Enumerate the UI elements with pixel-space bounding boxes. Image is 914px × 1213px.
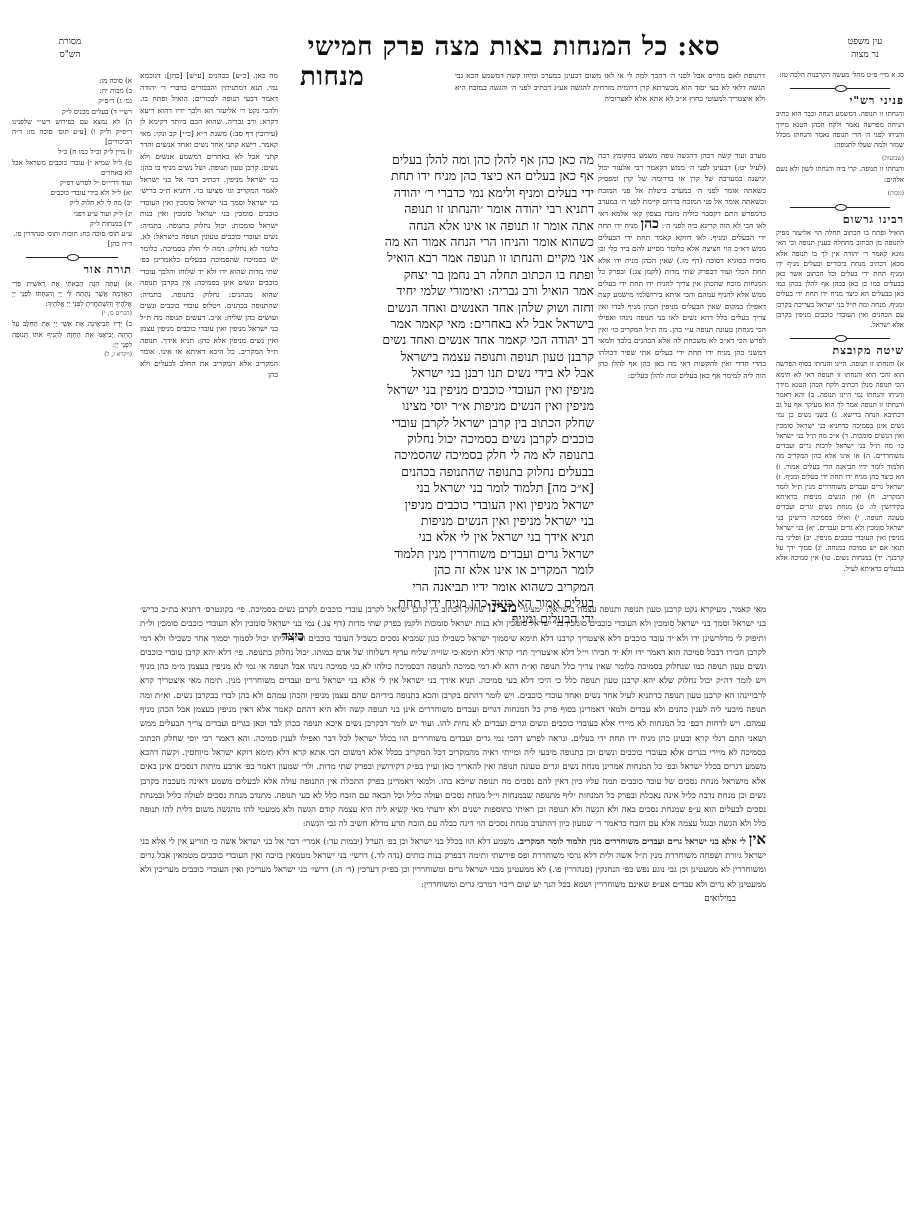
penei-rashi-ref: (שבועות) [776,154,904,164]
gemara-line: אני מקיים והנחתו זו תנופה אמר רבא הואיל [282,250,594,266]
gemara-line: קרבנן טעון תנופה ותנופה עצמה בישראל [282,349,594,365]
penei-rashi-title: פניני רש"י [776,96,904,106]
torah-or-title: תורה אור [12,265,132,275]
masoret-entry: רש״י ד) בעלים מכניס ל״ק [12,107,132,117]
tractate-name: מנחות [300,62,364,92]
gemara-line: בישראל אבל לא באחרים: מאי קאמר אמר [282,316,594,332]
masoret-entry: ט) ל״ל שמיא י) עובדי כוכבים משראל אבל לא… [12,158,132,178]
gemara-line: רב יהודה הכי קאמר אחד אנשים ואחד נשים [282,332,594,348]
bottom-commentary: מאי קאמר, מעיקרא נקט קרבנן טעון תנופה ות… [140,600,766,1120]
masoret-hashas-label: מסורת הש"ס [40,36,100,62]
gemara-line: ישראל גרים ועבדים משוחררין מנין תלמוד [282,546,594,562]
masoret-entry: ועוד דריי״ס ״ל לפרש דס״ק [12,178,132,188]
gemara-line: שחלק הכתוב בין קרבן ישראל לקרבן עובדי [282,415,594,431]
gemara-line: כוכבים לקרבן נשים בסמיכה יכול נחלוק [282,431,594,447]
ornament-divider [790,84,890,92]
masoret-entry: יב) מה לי לא תלוק ל״ק [12,198,132,208]
masoret-entry: ב) מכות יח: [12,86,132,96]
dibbur-hamatchil: כהן [641,216,659,232]
gemara-line: אף כאן בעלים הא כיצד כהן מניח ידו תחת [282,168,594,184]
masoret-entry: יג) ל״ק ועוד ע״ע דפני [12,209,132,219]
ornament-divider [790,334,890,342]
ein-mishpat-entry: סג א מיי׳ פ״ט מהל׳ מעשה הקרבנות הלכה טז: [776,70,904,80]
gemara-line: המקריב כשהוא אומר ידיו תביאנה הרי [282,579,594,595]
gemara-line: מה כאן כהן אף להלן כהן ומה להלן בעלים [282,152,594,168]
gemara-line: בבעלים נחלוק בתנופה שהתנופה בכהנים [282,464,594,480]
ornament-divider [790,203,890,211]
commentary-right-column: מערב ועוד קשה דכהן דהגשה גופה משמע בהקומ… [598,150,766,592]
bottom-intro: מאי קאמר, מעיקרא נקט קרבנן טעון תנופה ות… [520,605,766,615]
gemara-line: אבל לא בידי נשים תנו רבנן בני ישראל [282,365,594,381]
torah-or-verse: א) וְעַתָּה הִנֵּה הֵבֵאתִי אֶת רֵאשִׁית… [12,279,132,310]
shita-mekubetzet-title: שיטה מקובצת [776,346,904,356]
gemara-line: בני ישראל מניפין ואין הנשים מניפות [282,513,594,529]
ornament-divider [26,253,118,261]
masoret-entry: א) סוכה מז: [12,76,132,86]
chapter-title: סא: כל המנחות באות מצה פרק חמישי [308,32,720,62]
gemara-line: מניפין ואין העובדי כוכבים מניפין בני ישר… [282,382,594,398]
gemara-line: כשהוא אומר והניחו הרי הנחה אמור הא מה [282,234,594,250]
torah-or-ref: (דברים כו, י) [12,309,132,319]
penei-rashi-entry: והנחתו זו תנופה. קרי ביה והנחתו לשון ולא… [776,164,904,184]
ein-mishpat-label: עין משפט נר מצוה [830,36,900,62]
masoret-entry: ע״ע תוס׳ סוכה כח: תוכות ותוס׳ סנהדרין פו… [12,229,132,239]
commentary-left-column: מה כאן. [כ״ע] בכהנים [ע״ש] [כהן]: דגוכמא… [140,70,278,592]
commentary-text: מערב ועוד קשה דכהן דהגשה גופה משמע בהקומ… [598,151,766,230]
penei-rashi-ref: (מכות) [776,189,904,199]
dibbur-hamatchil: אין [749,830,766,848]
torah-or-ref: (ויקרא ז, ל) [12,350,132,360]
gemara-line: [א״כ מה] תלמוד לומר בני ישראל בני [282,480,594,496]
commentary-top-right: דתנופת לאם מהייס אבל לפני ה׳ דהכך למה לי… [455,70,765,152]
gemara-line: תניא אידך בני ישראל אין לי אלא בני [282,529,594,545]
gemara-text: מה כאן כהן אף להלן כהן ומה להלן בעלים אף… [282,152,594,644]
masoret-entry: ה) לא נמצא עם כפירוש רש״י שלפנינו ר״פ״ק … [12,117,132,148]
left-margin-column: א) סוכה מז: ב) מכות יח: גמ׳ ג) ר״פ״ק רש״… [12,76,132,436]
gemara-line: אתה אומר זו תנופה או אינו אלא הנחה [282,218,594,234]
dibbur-hamatchil: מצינו [488,598,517,616]
bottom-catchword: במילואים [140,892,736,906]
bottom-bold-phrase: לי אלא בני ישראל גרים ועבדים משוחררים מנ… [517,837,746,847]
gemara-line: מניפין ואין הנשים מניפות א״ר יוסי מצינו [282,398,594,414]
gemara-line: בתנופה לא מה לי חלק בסמיכה שהסמיכה [282,447,594,463]
penei-rashi-entry: והנחתו זו תנופה. דמשמע הנחה וכבר הוא כתי… [776,109,904,150]
gemara-line: וחזה ושוק שלהן אחד האנשים ואחד הנשים [282,300,594,316]
gemara-line: אמר הואיל ורב גבריה: ואימורי שלמי יחיד [282,283,594,299]
commentary-text: מניח ידו תחת ידי הבעלים ומניף. לאו דווקא… [598,221,766,380]
torah-or-verse: ב) יָדָיו תְּבִיאֶינָה אֵת אִשֵּׁי יְיָ … [12,319,132,350]
gemara-line: לומר המקריב או אינו אלא זה כהן [282,562,594,578]
masoret-entry: ד״ה כהן] [12,239,132,249]
masoret-entry: גמ׳ ג) ר״פ״ק [12,96,132,106]
masoret-entry: יא) ל״ל ולא בידי עובדי כוכבים [12,188,132,198]
rabbeinu-gershom-title: רבינו גרשום [776,215,904,225]
masoret-entry: יד) במנחות ל״ק [12,219,132,229]
gemara-line: ידי בעלים ומניף ולימא נמי כדברי ר׳ יהודה [282,185,594,201]
gemara-line: דתניא רבי יהודה אומר ׳והנחתו זו תנופה [282,201,594,217]
gemara-line: ופתח בו הכתוב תחלה רב נחמן בר יצחק [282,267,594,283]
right-margin-column: סג א מיי׳ פ״ט מהל׳ מעשה הקרבנות הלכה טז:… [776,70,904,1150]
masoret-entry: ז) מיין ל״ק וכ״ל כמו ח) כ״ל [12,147,132,157]
rabbeinu-gershom-text: הואיל ופתח בו הכתוב תחלה הוי אליעזר מפיק… [776,228,904,330]
shita-mekubetzet-text: א) והנחתו זו תנופה. היינו והנחתו בסוף הפ… [776,359,904,573]
gemara-line: ישראל מניפין ואין העובדי כוכבים מניפין [282,497,594,513]
bottom-text: שחלק הכתוב בין קרבן ישראל לקרבן עובדי כו… [140,605,766,829]
